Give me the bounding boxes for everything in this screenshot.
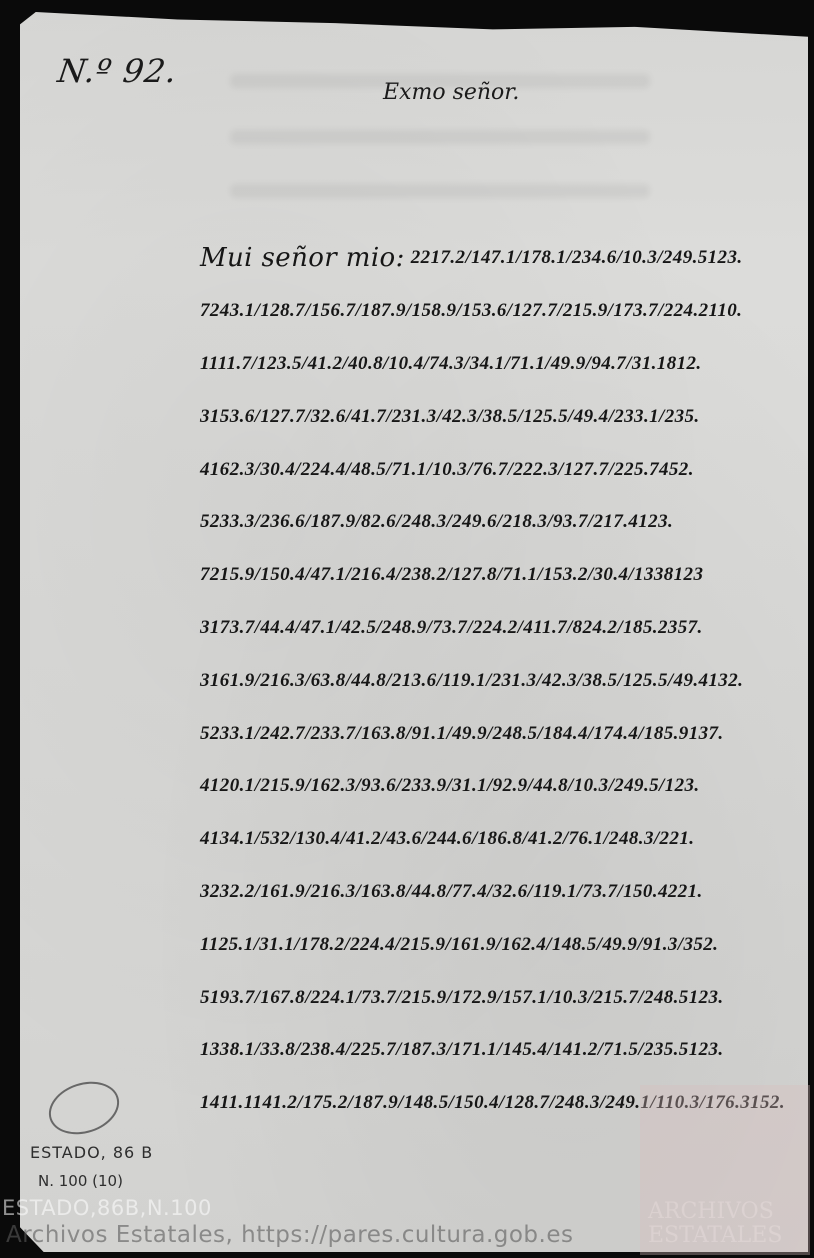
ink-bleed-through xyxy=(230,130,650,144)
cipher-line: 4162.3/30.4/224.4/48.5/71.1/10.3/76.7/22… xyxy=(200,443,810,496)
document-heading: Exmo señor. xyxy=(383,80,519,105)
cipher-line: 7243.1/128.7/156.7/187.9/158.9/153.6/127… xyxy=(200,285,810,338)
cipher-line: 3161.9/216.3/63.8/44.8/213.6/119.1/231.3… xyxy=(200,654,810,707)
watermark-archive-link[interactable]: Archivos Estatales, https://pares.cultur… xyxy=(6,1222,573,1248)
shelfmark: ESTADO, 86 B xyxy=(30,1143,153,1162)
greeting: Mui señor mio: xyxy=(200,243,405,273)
cipher-line: 3173.7/44.4/47.1/42.5/248.9/73.7/224.2/4… xyxy=(200,602,810,655)
ink-bleed-through xyxy=(230,184,650,198)
archive-logo-text: ARCHIVOS ESTATALES xyxy=(648,1200,814,1248)
watermark-reference: ESTADO,86B,N.100 xyxy=(2,1196,212,1220)
cipher-line: 4134.1/532/130.4/41.2/43.6/244.6/186.8/4… xyxy=(200,813,810,866)
cipher-line: 5233.1/242.7/233.7/163.8/91.1/49.9/248.5… xyxy=(200,707,810,760)
cipher-line: Mui señor mio: 2217.2/147.1/178.1/234.6/… xyxy=(200,232,810,285)
cipher-line: 3153.6/127.7/32.6/41.7/231.3/42.3/38.5/1… xyxy=(200,390,810,443)
folio-number: N.º 92. xyxy=(55,52,180,90)
cipher-line: 1125.1/31.1/178.2/224.4/215.9/161.9/162.… xyxy=(200,918,810,971)
cipher-line: 1338.1/33.8/238.4/225.7/187.3/171.1/145.… xyxy=(200,1024,810,1077)
shelfmark-number: N. 100 (10) xyxy=(38,1172,123,1190)
cipher-line: 5193.7/167.8/224.1/73.7/215.9/172.9/157.… xyxy=(200,971,810,1024)
cipher-line: 5233.3/236.6/187.9/82.6/248.3/249.6/218.… xyxy=(200,496,810,549)
cipher-line: 4120.1/215.9/162.3/93.6/233.9/31.1/92.9/… xyxy=(200,760,810,813)
cipher-body: Mui señor mio: 2217.2/147.1/178.1/234.6/… xyxy=(200,232,810,1130)
cipher-line: 7215.9/150.4/47.1/216.4/238.2/127.8/71.1… xyxy=(200,549,810,602)
cipher-line: 3232.2/161.9/216.3/163.8/44.8/77.4/32.6/… xyxy=(200,866,810,919)
cipher-group: 2217.2/147.1/178.1/234.6/10.3/249.5123. xyxy=(411,247,743,269)
cipher-line: 1111.7/123.5/41.2/40.8/10.4/74.3/34.1/71… xyxy=(200,338,810,391)
